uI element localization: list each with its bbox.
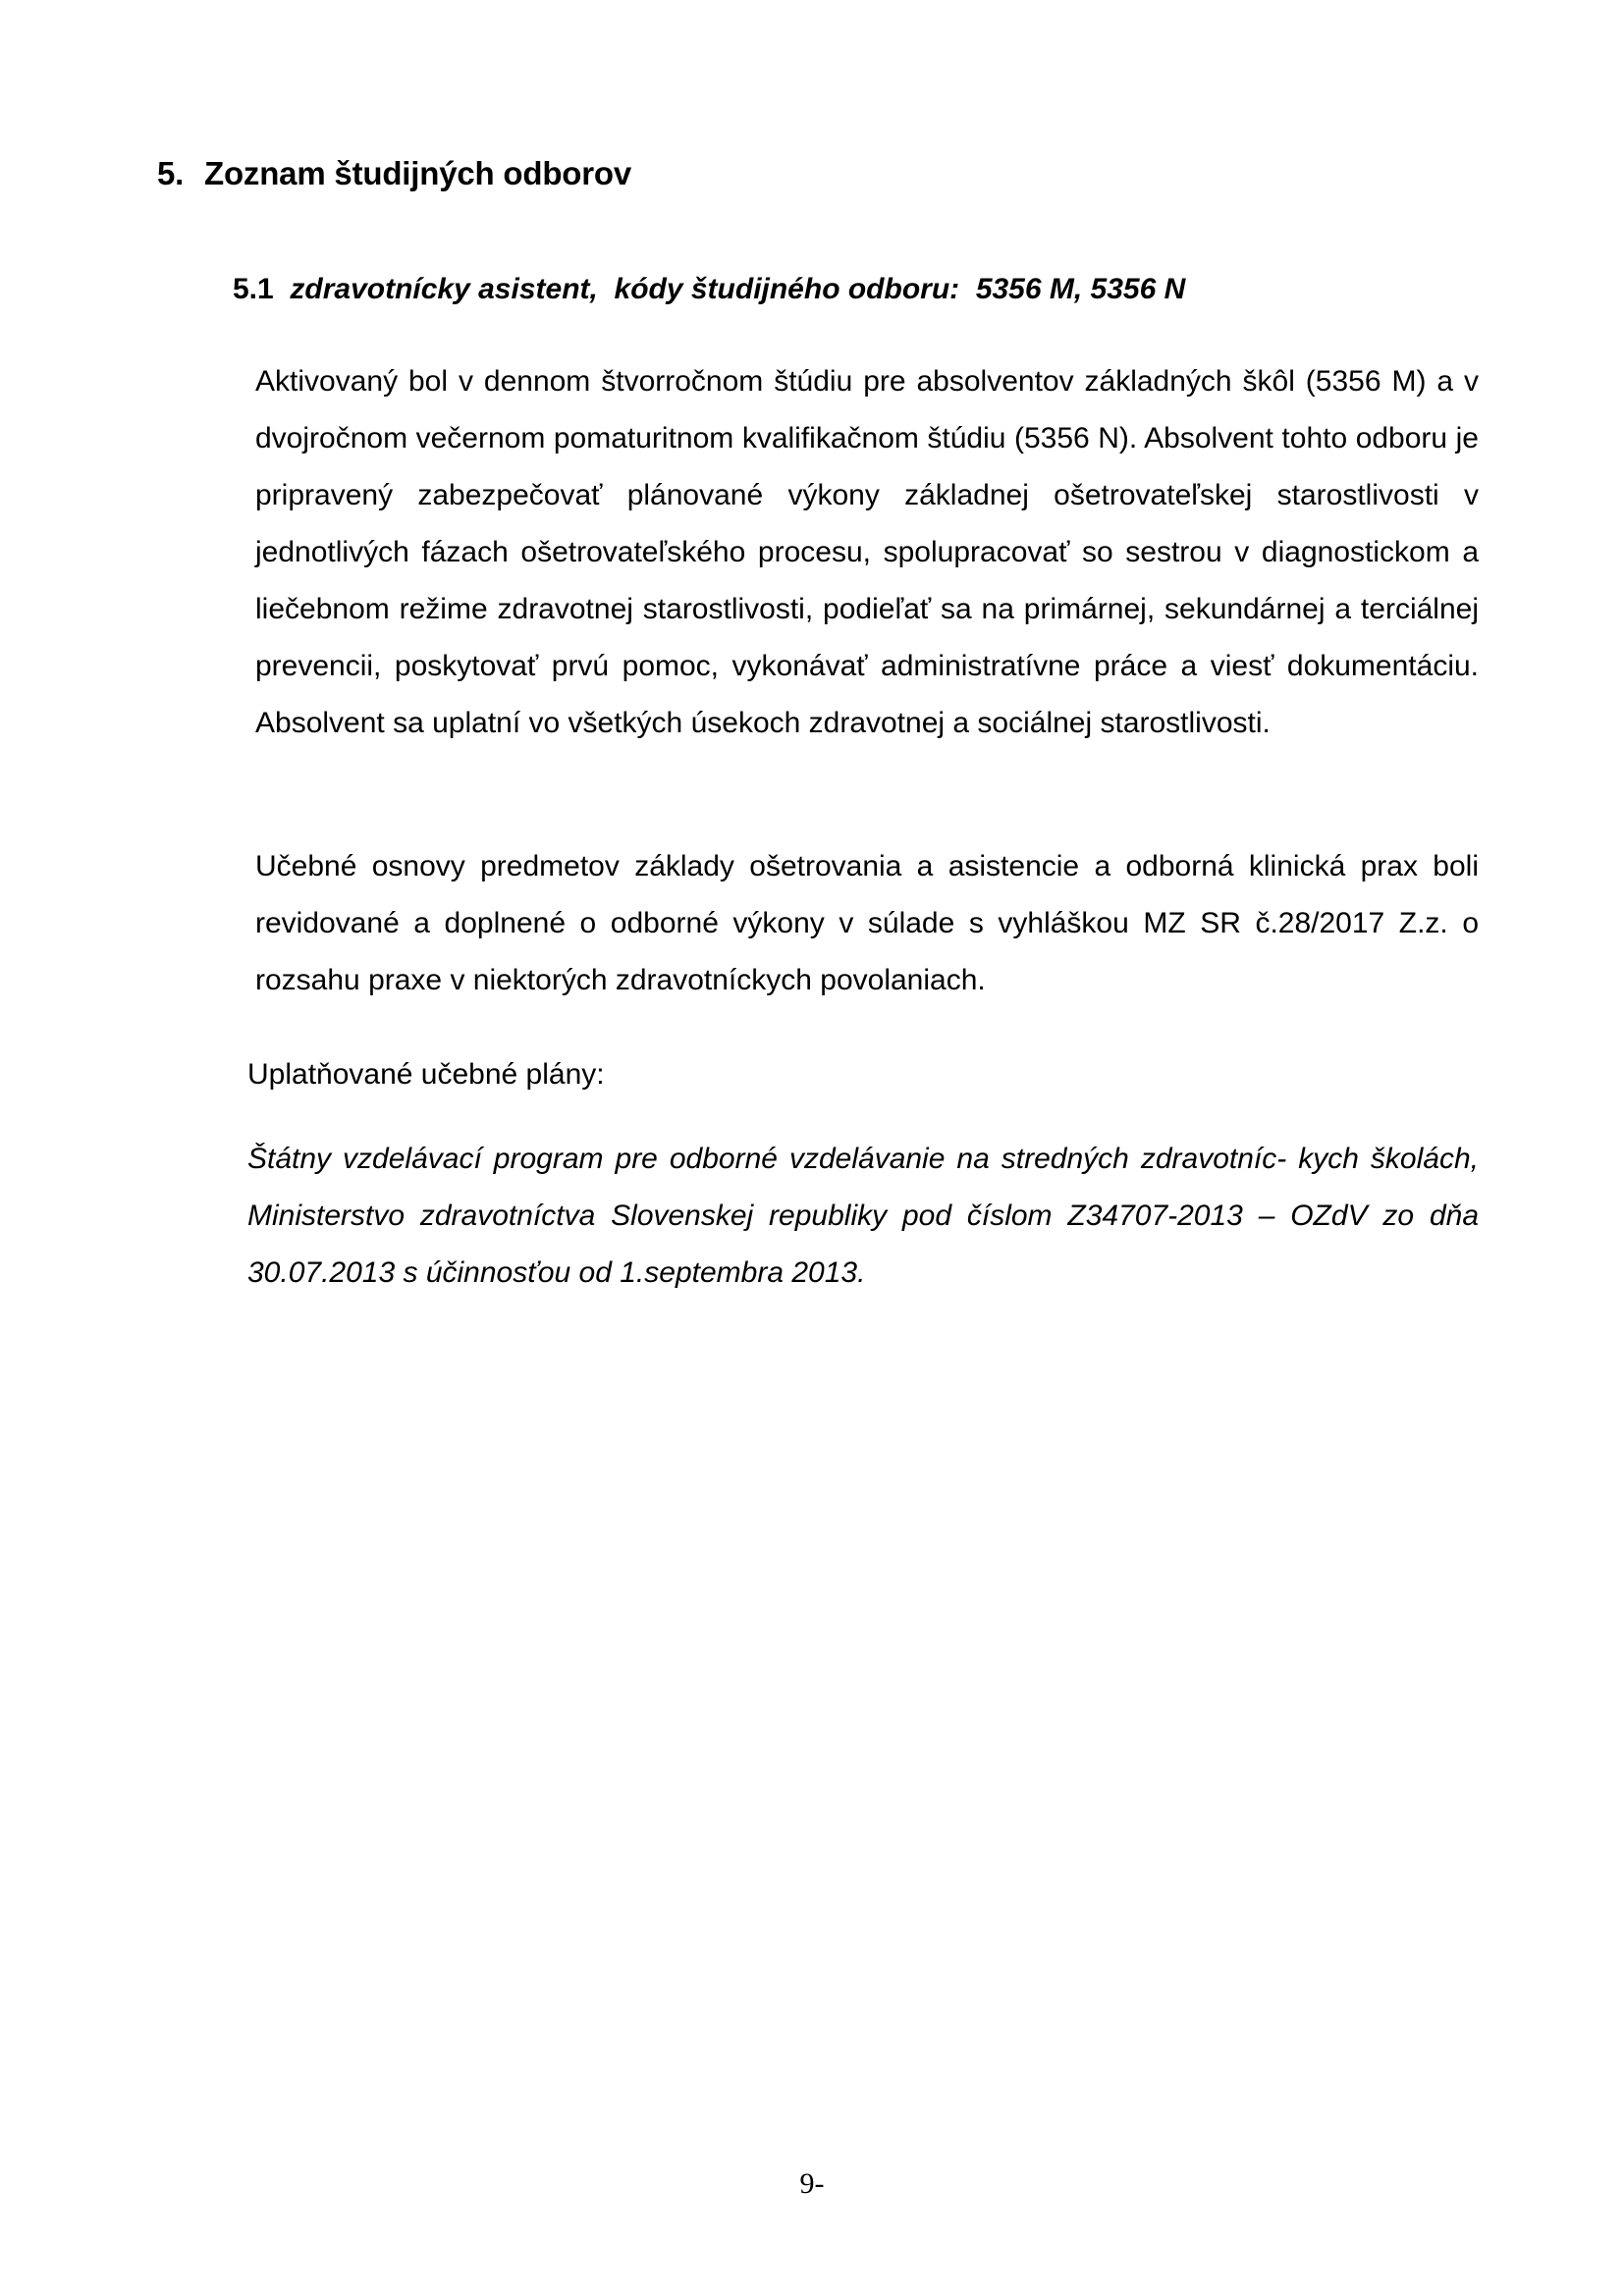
subsection-number: 5.1 <box>233 273 274 305</box>
section-number: 5. <box>157 155 204 192</box>
section-heading: 5.Zoznam študijných odborov <box>157 155 631 192</box>
page-number: 9- <box>0 2167 1624 2201</box>
subsection-heading: 5.1 zdravotnícky asistent, kódy študijné… <box>233 273 1185 306</box>
paragraph-curriculum: Učebné osnovy predmetov základy ošetrova… <box>255 838 1479 1009</box>
paragraph-description: Aktivovaný bol v dennom štvorročnom štúd… <box>255 353 1479 752</box>
plans-label: Uplatňované učebné plány: <box>247 1058 605 1092</box>
section-title: Zoznam študijných odborov <box>204 155 631 191</box>
subsection-title: zdravotnícky asistent, kódy študijného o… <box>290 273 1185 305</box>
program-reference: Štátny vzdelávací program pre odborné vz… <box>247 1131 1479 1302</box>
